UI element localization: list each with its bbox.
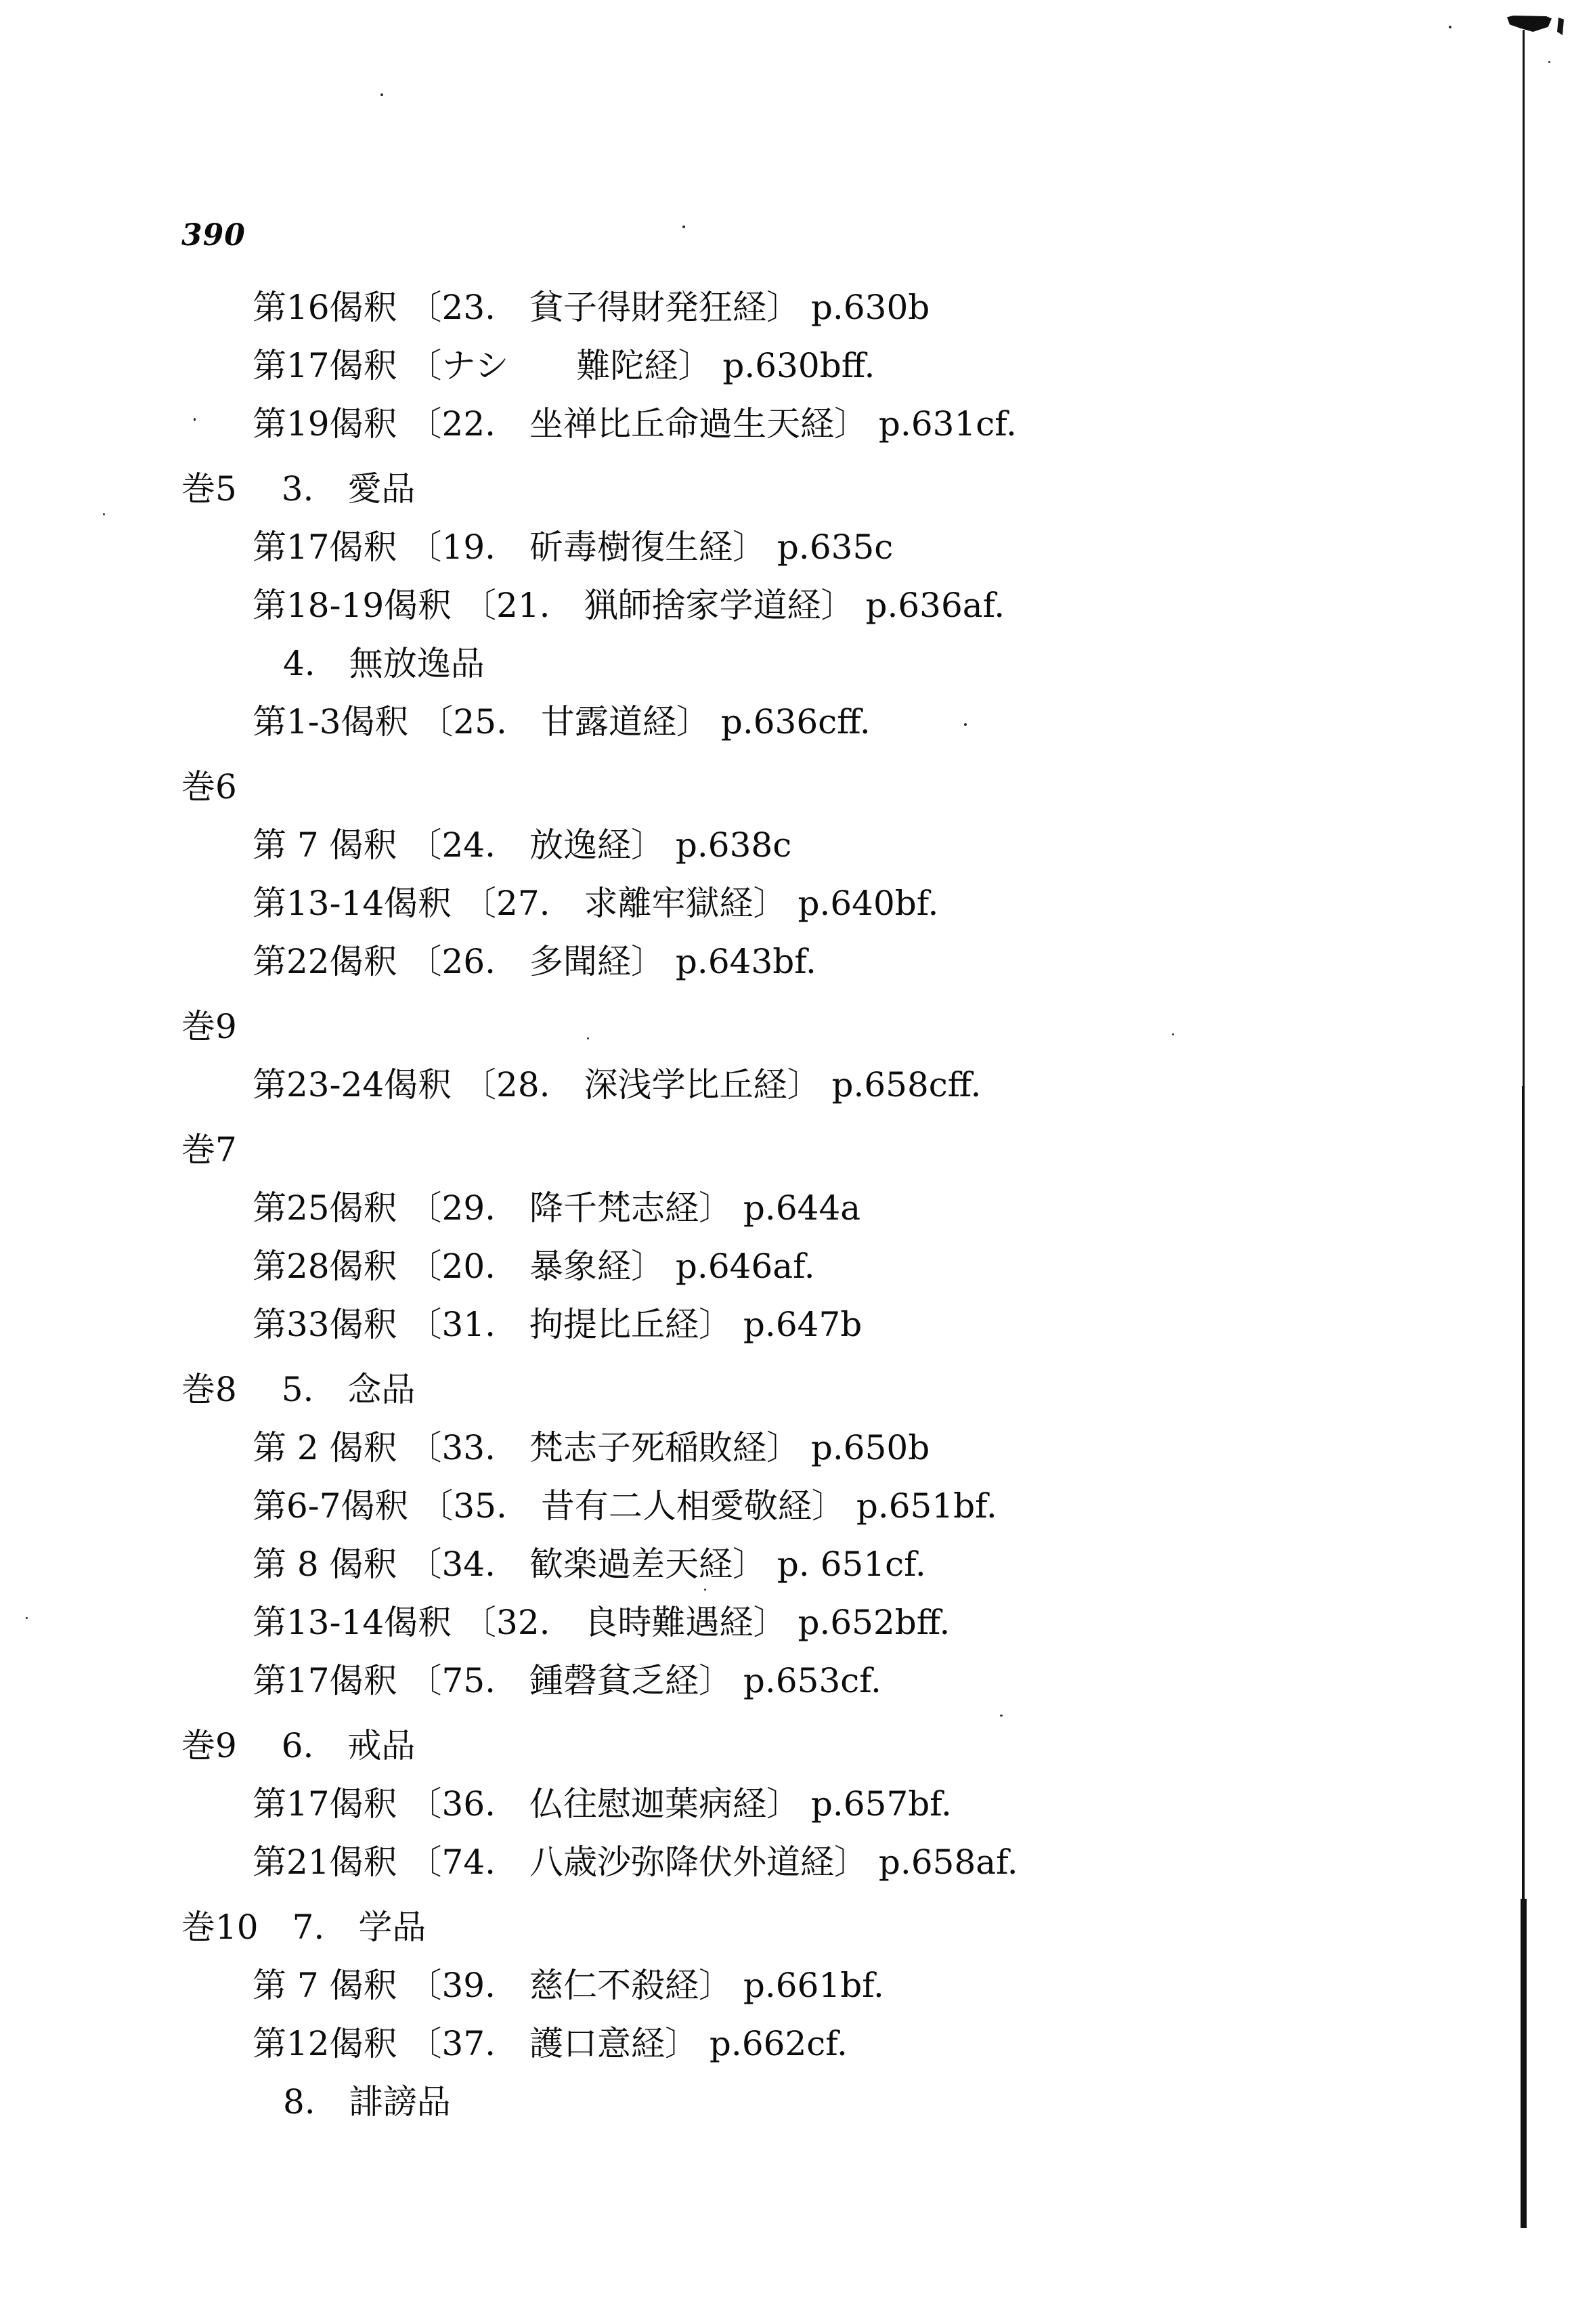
toc-line-text: 第13-14偈釈 〔27. 求離牢獄経〕 p.640bf. (253, 876, 938, 925)
scan-speckle (103, 513, 105, 515)
scan-speckle (587, 1037, 589, 1039)
scan-speckle (26, 1617, 28, 1619)
scan-fold-blob-artifact (1557, 18, 1564, 35)
toc-line-volume: 巻8 5. 念品 (0, 1358, 1572, 1416)
toc-line-entry: 第21偈釈 〔74. 八歳沙弥降伏外道経〕 p.658af. (0, 1830, 1572, 1889)
toc-line-chapter: 8. 誹謗品 (0, 2070, 1572, 2128)
toc-line-text: 第1-3偈釈 〔25. 甘露道経〕 p.636cff. (253, 695, 871, 744)
toc-line-entry: 第13-14偈釈 〔27. 求離牢獄経〕 p.640bf. (0, 871, 1572, 930)
toc-line-entry: 第1-3偈釈 〔25. 甘露道経〕 p.636cff. (0, 690, 1572, 748)
page-number: 390 (181, 218, 246, 253)
scan-speckle (380, 93, 383, 96)
scan-speckle (682, 225, 685, 228)
toc-line-text: 第12偈釈 〔37. 護口意経〕 p.662cf. (253, 2017, 848, 2065)
toc-line-entry: 第 7 偈釈 〔24. 放逸経〕 p.638c (0, 813, 1572, 871)
toc-line-entry: 第12偈釈 〔37. 護口意経〕 p.662cf. (0, 2012, 1572, 2070)
scan-fold-line-artifact (1521, 1899, 1527, 2228)
toc-line-entry: 第19偈釈 〔22. 坐禅比丘命過生天経〕 p.631cf. (0, 392, 1572, 450)
sutra-reference-list: 第16偈釈 〔23. 貧子得財発狂経〕 p.630b第17偈釈 〔ナシ 難陀経〕… (0, 276, 1572, 2128)
toc-line-text: 第 2 偈釈 〔33. 梵志子死稲敗経〕 p.650b (253, 1421, 930, 1469)
toc-line-text: 巻6 (181, 760, 237, 809)
toc-line-text: 巻7 (181, 1123, 237, 1171)
toc-line-text: 第17偈釈 〔75. 鍾磬貧乏経〕 p.653cf. (253, 1654, 881, 1702)
scan-speckle (194, 418, 196, 421)
toc-line-text: 第18-19偈釈 〔21. 猟師捨家学道経〕 p.636af. (253, 578, 1005, 627)
toc-line-text: 第17偈釈 〔36. 仏往慰迦葉病経〕 p.657bf. (253, 1777, 952, 1826)
toc-line-text: 第21偈釈 〔74. 八歳沙弥降伏外道経〕 p.658af. (253, 1835, 1018, 1884)
scan-speckle (704, 1589, 706, 1591)
toc-line-entry: 第18-19偈釈 〔21. 猟師捨家学道経〕 p.636af. (0, 574, 1572, 632)
toc-line-text: 巻9 (181, 999, 237, 1048)
toc-line-text: 第25偈釈 〔29. 降千梵志経〕 p.644a (253, 1181, 860, 1230)
toc-line-text: 巻10 7. 学品 (181, 1900, 426, 1949)
toc-line-entry: 第 2 偈釈 〔33. 梵志子死稲敗経〕 p.650b (0, 1416, 1572, 1474)
scan-speckle (1172, 1033, 1174, 1035)
toc-line-text: 第19偈釈 〔22. 坐禅比丘命過生天経〕 p.631cf. (253, 397, 1017, 446)
toc-line-text: 第17偈釈 〔ナシ 難陀経〕 p.630bff. (253, 339, 875, 387)
toc-line-text: 第6-7偈釈 〔35. 昔有二人相愛敬経〕 p.651bf. (253, 1479, 997, 1528)
toc-line-volume: 巻5 3. 愛品 (0, 457, 1572, 515)
toc-line-entry: 第17偈釈 〔19. 斫毒樹復生経〕 p.635c (0, 515, 1572, 574)
scan-fold-blob-artifact (1507, 16, 1552, 32)
toc-line-text: 第17偈釈 〔19. 斫毒樹復生経〕 p.635c (253, 520, 893, 569)
toc-line-entry: 第 8 偈釈 〔34. 歓楽過差天経〕 p. 651cf. (0, 1532, 1572, 1591)
toc-line-text: 第16偈釈 〔23. 貧子得財発狂経〕 p.630b (253, 280, 930, 329)
toc-line-entry: 第23-24偈釈 〔28. 深浅学比丘経〕 p.658cff. (0, 1053, 1572, 1111)
toc-line-entry: 第17偈釈 〔36. 仏往慰迦葉病経〕 p.657bf. (0, 1772, 1572, 1830)
scanned-book-page: 390 第16偈釈 〔23. 貧子得財発狂経〕 p.630b第17偈釈 〔ナシ … (0, 0, 1572, 2324)
toc-line-text: 第 7 偈釈 〔24. 放逸経〕 p.638c (253, 818, 791, 867)
toc-line-text: 第33偈釈 〔31. 拘提比丘経〕 p.647b (253, 1297, 862, 1346)
toc-line-text: 第23-24偈釈 〔28. 深浅学比丘経〕 p.658cff. (253, 1058, 981, 1106)
toc-line-chapter: 4. 無放逸品 (0, 632, 1572, 690)
toc-line-entry: 第17偈釈 〔75. 鍾磬貧乏経〕 p.653cf. (0, 1649, 1572, 1707)
toc-line-text: 8. 誹謗品 (283, 2075, 451, 2124)
toc-line-entry: 第13-14偈釈 〔32. 良時難遇経〕 p.652bff. (0, 1591, 1572, 1649)
toc-line-volume: 巻10 7. 学品 (0, 1895, 1572, 1954)
toc-line-text: 第13-14偈釈 〔32. 良時難遇経〕 p.652bff. (253, 1595, 950, 1644)
toc-line-text: 第22偈釈 〔26. 多聞経〕 p.643bf. (253, 934, 816, 983)
toc-line-volume: 巻6 (0, 755, 1572, 813)
toc-line-entry: 第25偈釈 〔29. 降千梵志経〕 p.644a (0, 1176, 1572, 1234)
toc-line-entry: 第28偈釈 〔20. 暴象経〕 p.646af. (0, 1234, 1572, 1293)
toc-line-text: 巻5 3. 愛品 (181, 462, 415, 511)
toc-line-text: 巻8 5. 念品 (181, 1362, 415, 1411)
scan-fold-line-artifact (1522, 1086, 1525, 1899)
toc-line-text: 第 8 偈釈 〔34. 歓楽過差天経〕 p. 651cf. (253, 1537, 926, 1586)
scan-speckle (1000, 1715, 1003, 1717)
toc-line-volume: 巻7 (0, 1118, 1572, 1176)
toc-line-text: 4. 無放逸品 (283, 637, 485, 685)
scan-speckle (964, 723, 967, 726)
scan-fold-line-artifact (1523, 30, 1525, 1086)
toc-line-entry: 第16偈釈 〔23. 貧子得財発狂経〕 p.630b (0, 276, 1572, 334)
toc-line-entry: 第33偈釈 〔31. 拘提比丘経〕 p.647b (0, 1293, 1572, 1351)
toc-line-volume: 巻9 6. 戒品 (0, 1714, 1572, 1772)
toc-line-entry: 第17偈釈 〔ナシ 難陀経〕 p.630bff. (0, 334, 1572, 392)
toc-line-volume: 巻9 (0, 995, 1572, 1053)
toc-line-text: 巻9 6. 戒品 (181, 1719, 415, 1767)
toc-line-text: 第28偈釈 〔20. 暴象経〕 p.646af. (253, 1239, 815, 1288)
toc-line-text: 第 7 偈釈 〔39. 慈仁不殺経〕 p.661bf. (253, 1958, 884, 2007)
scan-speckle (1548, 61, 1550, 63)
toc-line-entry: 第 7 偈釈 〔39. 慈仁不殺経〕 p.661bf. (0, 1954, 1572, 2012)
toc-line-entry: 第22偈釈 〔26. 多聞経〕 p.643bf. (0, 930, 1572, 988)
toc-line-entry: 第6-7偈釈 〔35. 昔有二人相愛敬経〕 p.651bf. (0, 1474, 1572, 1532)
scan-speckle (1449, 26, 1451, 28)
